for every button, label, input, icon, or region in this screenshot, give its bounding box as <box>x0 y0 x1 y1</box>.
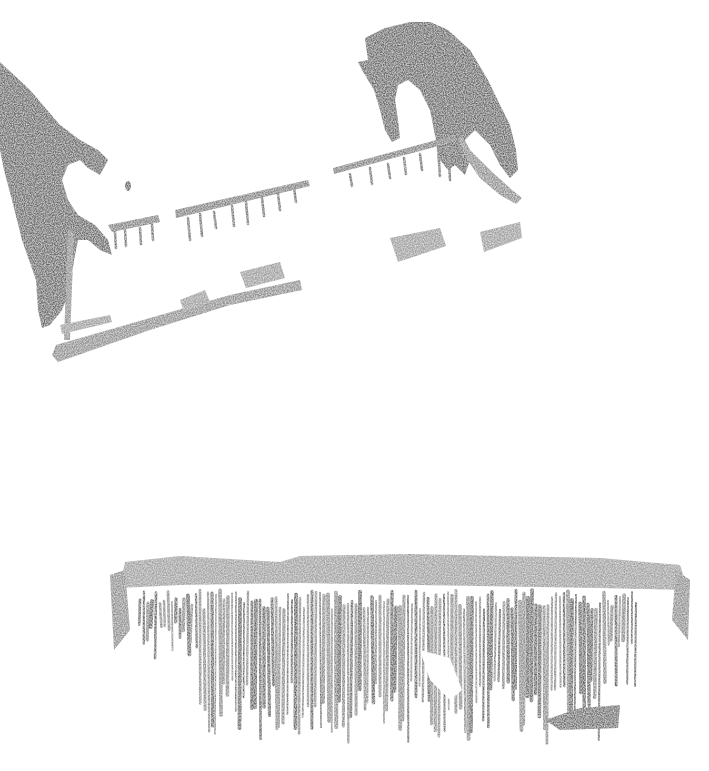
ink-dot <box>125 181 131 191</box>
board-top-edge <box>108 135 457 232</box>
bottom-block-dark-patch <box>545 705 620 730</box>
bottom-block-top-slab <box>120 554 688 590</box>
left-hand <box>0 62 112 328</box>
print-artwork <box>0 0 709 771</box>
board-texture-marks <box>60 222 522 334</box>
drip-marks-top <box>115 145 450 248</box>
